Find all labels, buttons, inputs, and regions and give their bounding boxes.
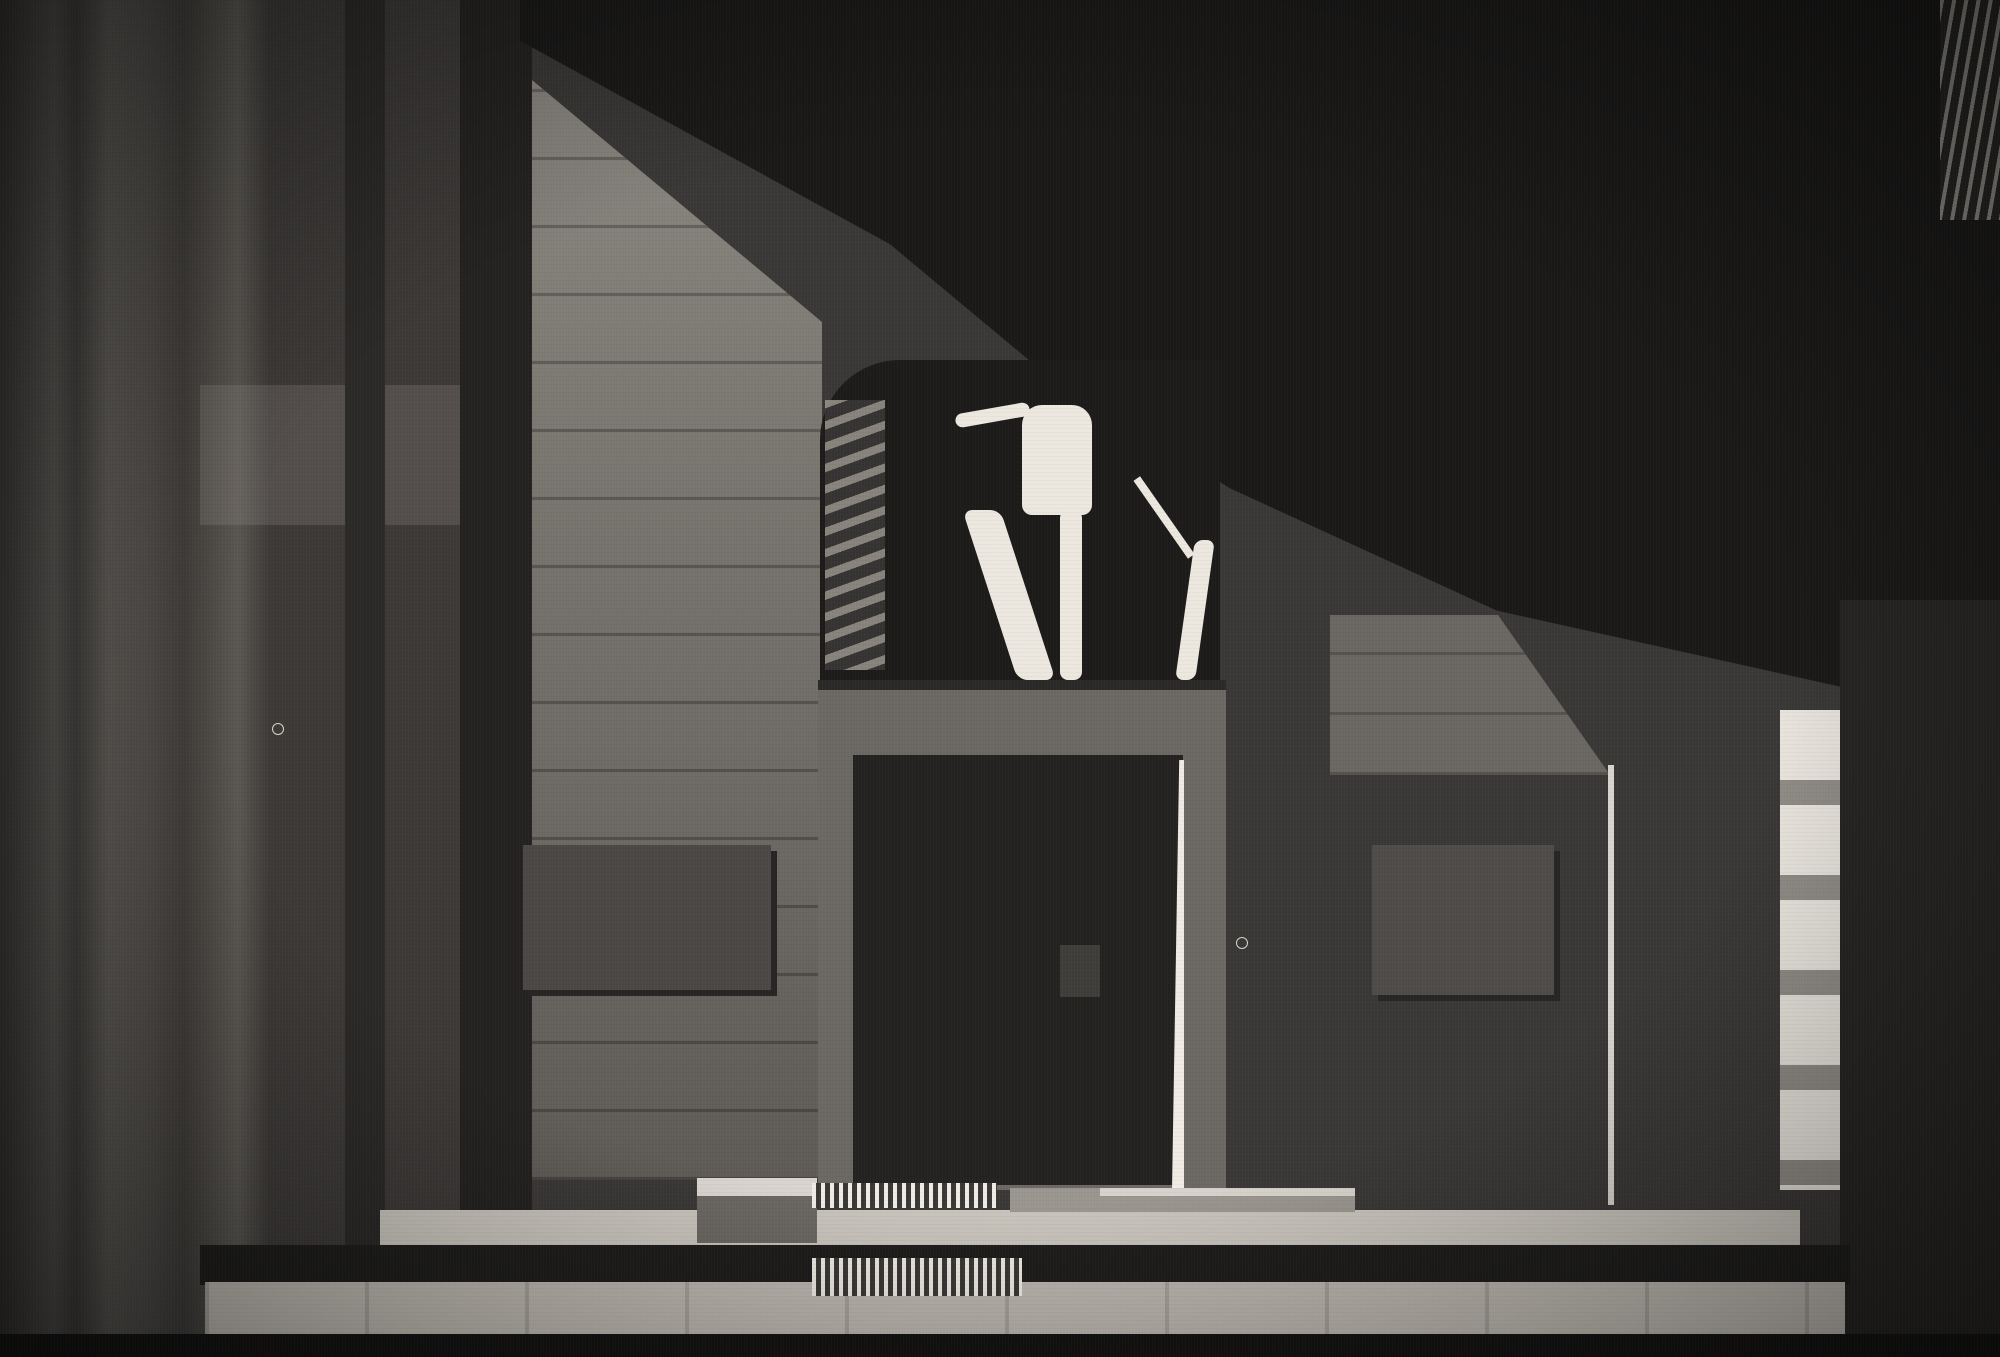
lit-ashlar-wall: [532, 80, 822, 1180]
floor-edge: [0, 1334, 2000, 1357]
floor-front: [205, 1282, 1845, 1334]
floor-shadow: [200, 1245, 1850, 1285]
light-strip: [1608, 765, 1614, 1205]
pillar-inner: [460, 0, 532, 1215]
pillar-left: [345, 0, 385, 1270]
floor-grate: [812, 1258, 1022, 1296]
floor-grate: [812, 1183, 997, 1208]
door-notice: [1060, 945, 1100, 997]
side-window: [1780, 710, 1840, 1190]
light-streaks: [1940, 0, 2000, 220]
sculpture-torso: [1022, 405, 1092, 515]
sculpture-wing: [825, 400, 885, 670]
photograph: [0, 0, 2000, 1357]
wall-plaque-right: [1372, 845, 1554, 995]
dust-spot: [272, 723, 284, 735]
step-right-top: [1100, 1188, 1355, 1196]
dust-spot: [1236, 937, 1248, 949]
lit-ashlar-right: [1330, 615, 1610, 775]
doorway: [853, 755, 1183, 1185]
wall-plaque-left: [523, 845, 771, 990]
sculpture-leg: [1060, 510, 1082, 680]
left-stone-wall: [0, 0, 540, 1357]
right-dark-wall: [1840, 600, 2000, 1357]
step-block-top: [697, 1178, 817, 1196]
